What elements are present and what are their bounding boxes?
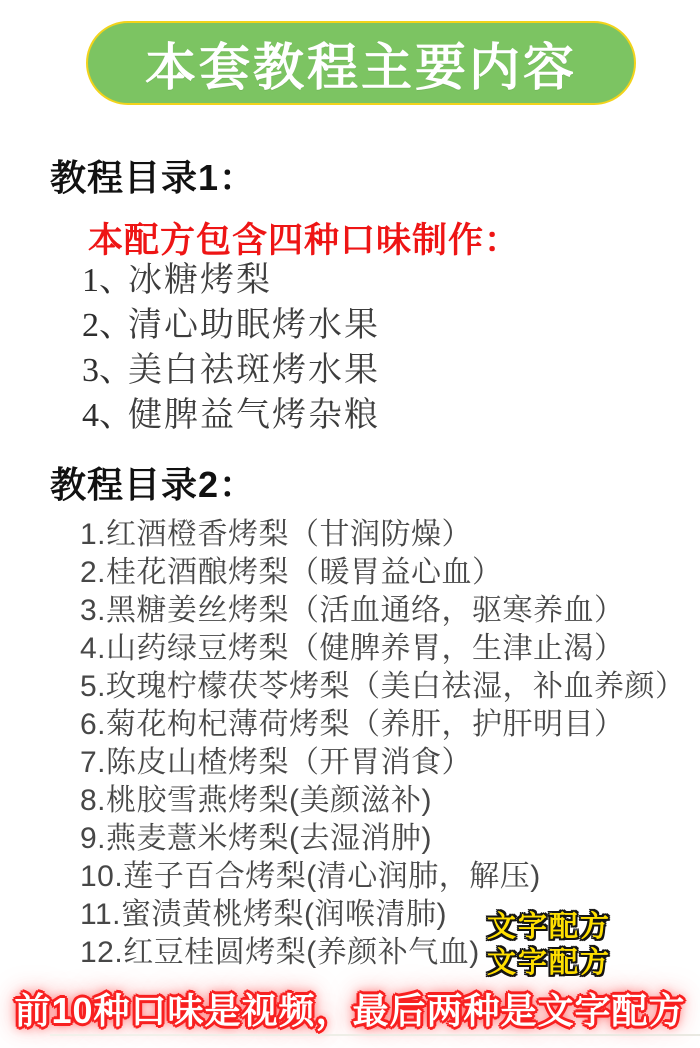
list-item: 4.山药绿豆烤梨（健脾养胃，生津止渴） <box>80 626 686 664</box>
list-item-number: 4、 <box>82 387 126 436</box>
list-item-label: 冰糖烤梨 <box>128 252 272 301</box>
promo-poster: 本套教程主要内容 教程目录1： 本配方包含四种口味制作： 1、 冰糖烤梨 2、 … <box>0 0 700 1048</box>
list-item-label: 健脾益气烤杂粮 <box>128 387 380 436</box>
page-title: 本套教程主要内容 <box>145 26 577 100</box>
list-item: 8.桃胶雪燕烤梨(美颜滋补) <box>80 778 686 816</box>
list-item: 3.黑糖姜丝烤梨（活血通络，驱寒养血） <box>80 588 686 626</box>
list-item-label: 美白祛斑烤水果 <box>128 342 380 391</box>
list-item: 10.莲子百合烤梨(清心润肺，解压) <box>80 854 686 892</box>
list-item: 7.陈皮山楂烤梨（开胃消食） <box>80 740 686 778</box>
list-item: 1、 冰糖烤梨 <box>82 254 380 299</box>
list-item: 5.玫瑰柠檬茯苓烤梨（美白祛湿，补血养颜） <box>80 664 686 702</box>
bottom-divider <box>50 1034 700 1036</box>
list-item: 2.桂花酒酿烤梨（暖胃益心血） <box>80 550 686 588</box>
list-item: 3、 美白祛斑烤水果 <box>82 344 380 389</box>
header-banner: 本套教程主要内容 <box>86 21 636 105</box>
list-item: 2、 清心助眠烤水果 <box>82 299 380 344</box>
list-item-number: 1、 <box>82 252 126 301</box>
list-item-label: 清心助眠烤水果 <box>128 297 380 346</box>
footer-note-banner: 前10种口味是视频，最后两种是文字配方 <box>0 983 700 1034</box>
catalog2-list: 1.红酒橙香烤梨（甘润防燥） 2.桂花酒酿烤梨（暖胃益心血） 3.黑糖姜丝烤梨（… <box>80 512 686 968</box>
list-item-number: 3、 <box>82 342 126 391</box>
list-item: 1.红酒橙香烤梨（甘润防燥） <box>80 512 686 550</box>
catalog2-heading: 教程目录2： <box>50 457 256 508</box>
text-recipe-badge: 文字配方 <box>487 940 611 981</box>
list-item-number: 2、 <box>82 297 126 346</box>
list-item: 9.燕麦薏米烤梨(去湿消肿) <box>80 816 686 854</box>
text-recipe-badge: 文字配方 <box>487 904 611 945</box>
list-item: 6.菊花枸杞薄荷烤梨（养肝，护肝明目） <box>80 702 686 740</box>
catalog1-heading: 教程目录1： <box>50 150 256 201</box>
catalog1-list: 1、 冰糖烤梨 2、 清心助眠烤水果 3、 美白祛斑烤水果 4、 健脾益气烤杂粮 <box>82 254 380 434</box>
list-item: 4、 健脾益气烤杂粮 <box>82 389 380 434</box>
